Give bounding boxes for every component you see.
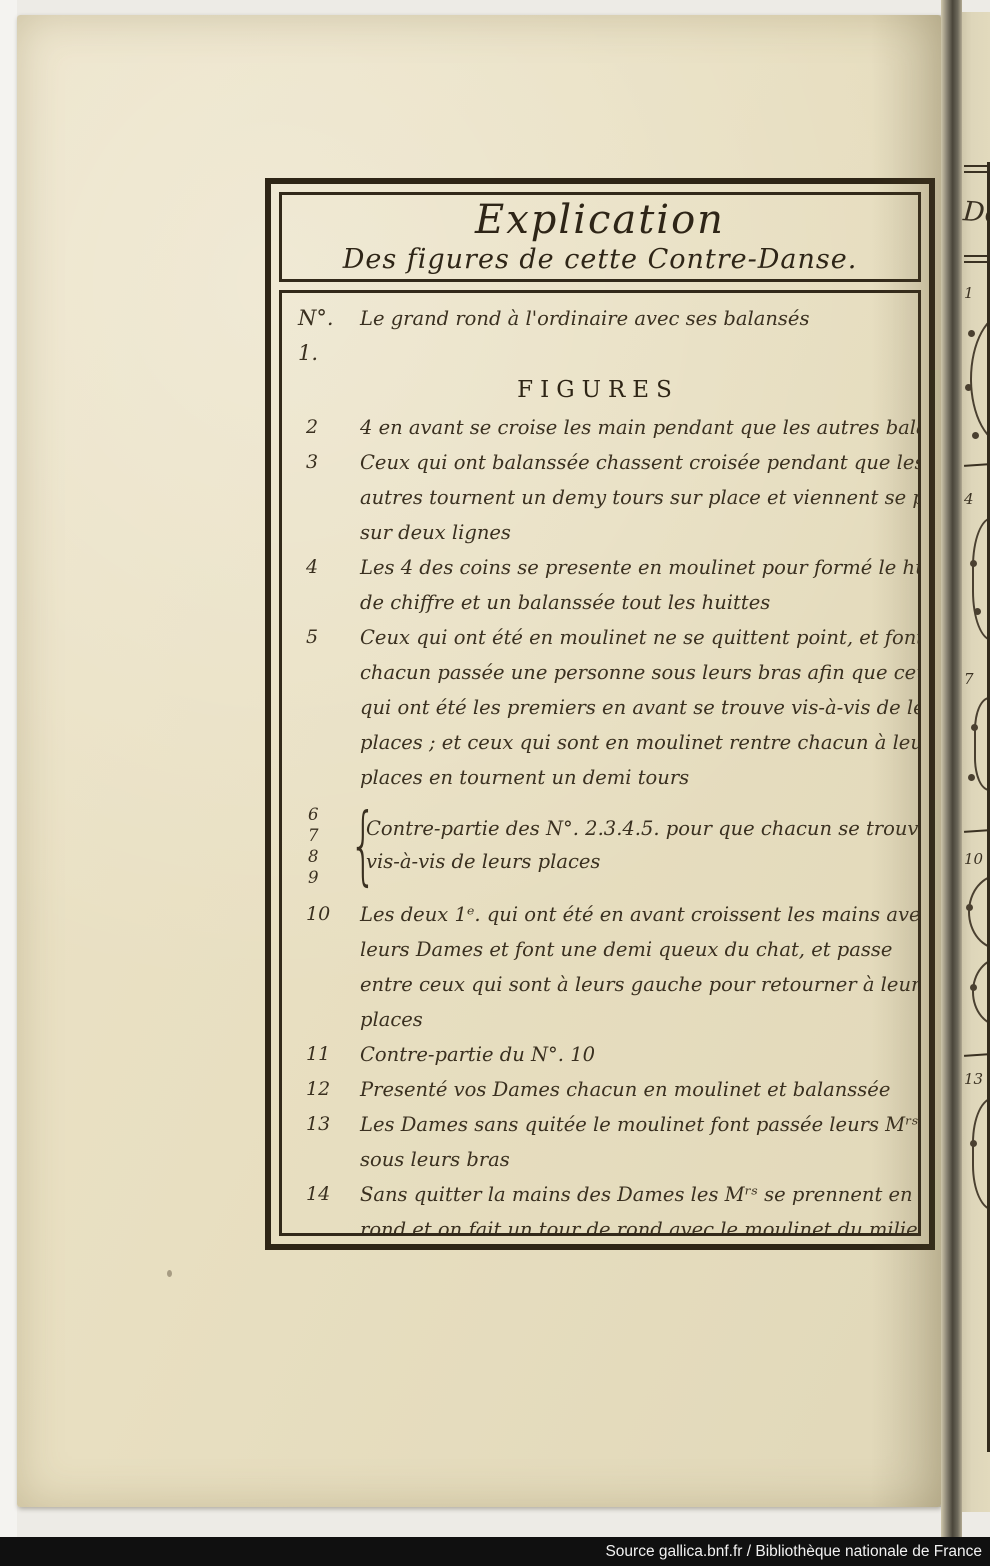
entry-text: Ceux qui ont balanssée chassent croisée … [360,445,914,480]
entry-text: chacun passée une personne sous leurs br… [360,655,914,690]
dancer-mark [968,330,975,337]
entry-number-group: 6 7 8 9 [282,795,344,897]
entry-number: N°. 1. [282,301,360,371]
figure-entry-14: 14 Sans quitter la mains des Dames les M… [282,1177,914,1236]
figure-entry-5: 5 Ceux qui ont été en moulinet ne se qui… [282,620,914,795]
grouping-brace: { [350,795,361,895]
entry-number: 3 [282,445,360,480]
adjacent-page-title-fragment: Des [962,196,990,231]
entry-text: Les 4 des coins se presente en moulinet … [360,550,914,585]
entry-number: 2 [282,410,360,445]
entry-text: Contre-partie du N°. 10 [360,1037,914,1072]
entry-text: Les Dames sans quitée le moulinet font p… [360,1107,914,1142]
adjacent-figure-number: 4 [964,490,974,508]
entry-text: Sans quitter la mains des Dames les Mʳˢ … [360,1177,914,1212]
dancer-mark [972,432,979,439]
entry-number: 13 [282,1107,360,1142]
entry-number: 6 [308,804,344,825]
entry-text: Les deux 1ᵉ. qui ont été en avant croiss… [360,897,914,932]
entry-number: 5 [282,620,360,655]
figure-entry-13: 13 Les Dames sans quitée le moulinet fon… [282,1107,914,1177]
manuscript-page: Explication Des figures de cette Contre-… [17,15,941,1507]
adjacent-figure-number: 13 [964,1070,983,1088]
entry-number: 14 [282,1177,360,1212]
entry-text: Le grand rond à l'ordinaire avec ses bal… [360,301,914,336]
figure-entry-4: 4 Les 4 des coins se presente en mouline… [282,550,914,620]
dancer-mark [965,384,972,391]
engraved-frame: Explication Des figures de cette Contre-… [265,178,935,1250]
entry-text: 4 en avant se croise les main pendant qu… [360,410,914,445]
scan-margin [0,0,17,1540]
dancer-mark [970,984,977,991]
dancer-mark [968,774,975,781]
entry-number: 9 [308,867,344,888]
dancer-mark [966,904,973,911]
entry-text: sous leurs bras [360,1142,914,1177]
entry-text: de chiffre et un balanssée tout les huit… [360,585,914,620]
entry-number: 8 [308,846,344,867]
entry-number: 7 [308,825,344,846]
entry-text: entre ceux qui sont à leurs gauche pour … [360,967,914,1002]
entry-text: places [360,1002,914,1037]
figure-entry-12: 12 Presenté vos Dames chacun en moulinet… [282,1072,914,1107]
entry-text: places en tournent un demi tours [360,760,914,795]
paper-speck [167,1270,172,1277]
flourish-mark [308,795,330,804]
dancer-mark [970,1140,977,1147]
entry-number: 11 [282,1037,360,1072]
figure-entry-6-9: 6 7 8 9 { Contre-partie des N°. 2.3.4.5.… [282,795,914,897]
figure-entry-10: 10 Les deux 1ᵉ. qui ont été en avant cro… [282,897,914,1037]
figure-entry-11: 11 Contre-partie du N°. 10 [282,1037,914,1072]
scan-viewport: Explication Des figures de cette Contre-… [0,0,990,1566]
entry-text: qui ont été les premiers en avant se tro… [360,690,914,725]
page-subtitle: Des figures de cette Contre-Danse. [282,243,918,277]
figure-entry-2: 2 4 en avant se croise les main pendant … [282,410,914,445]
dancer-mark [971,724,978,731]
entry-text: Contre-partie des N°. 2.3.4.5. pour que … [366,812,914,845]
adjacent-figure-number: 7 [964,670,974,688]
entry-text: autres tournent un demy tours sur place … [360,480,914,515]
title-box: Explication Des figures de cette Contre-… [279,192,921,282]
entry-text: vis-à-vis de leurs places [366,845,914,878]
adjacent-figure-number: 1 [964,284,974,302]
entry-text: Ceux qui ont été en moulinet ne se quitt… [360,620,914,655]
dancer-mark [974,608,981,615]
entry-number: 10 [282,897,360,932]
figure-entry-1: N°. 1. Le grand rond à l'ordinaire avec … [282,301,914,371]
entry-number: 12 [282,1072,360,1107]
section-heading: FIGURES [282,372,914,408]
adjacent-figure-number: 10 [964,850,983,868]
dancer-mark [970,560,977,567]
source-credit-text: Source gallica.bnf.fr / Bibliothèque nat… [605,1543,982,1561]
binding-gutter [941,0,962,1540]
entry-text: Presenté vos Dames chacun en moulinet et… [360,1072,914,1107]
gallica-source-bar: Source gallica.bnf.fr / Bibliothèque nat… [0,1537,990,1566]
adjacent-page-sliver: Des 1 4 7 10 13 [962,12,990,1512]
flourish-mark [308,888,330,897]
entry-text: sur deux lignes [360,515,914,550]
entry-text: places ; et ceux qui sont en moulinet re… [360,725,914,760]
figure-entry-3: 3 Ceux qui ont balanssée chassent croisé… [282,445,914,550]
entry-text: leurs Dames et font une demi queux du ch… [360,932,914,967]
page-title: Explication [282,197,918,243]
figures-explanation-box: N°. 1. Le grand rond à l'ordinaire avec … [279,290,921,1236]
entry-number: 4 [282,550,360,585]
entry-text: rond et on fait un tour de rond avec le … [360,1212,914,1236]
